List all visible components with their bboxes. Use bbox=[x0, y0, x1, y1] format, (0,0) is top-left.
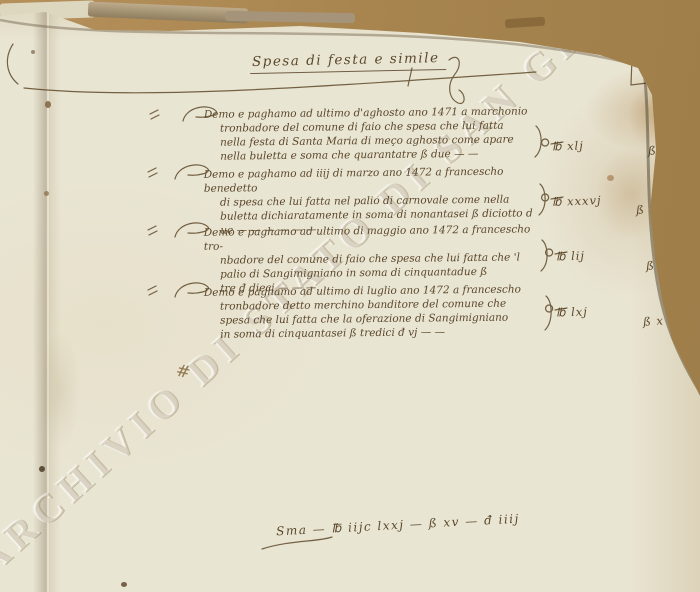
entry-line: nella buletta e soma che quarantatre ß d… bbox=[220, 146, 550, 163]
amount-lire: ℔ lij bbox=[556, 248, 585, 263]
ink-spot bbox=[121, 582, 127, 587]
summary-total-line: Sma — ℔ iijc lxxj — ß xv — đ iiij bbox=[276, 512, 520, 539]
heading-bracket-stroke bbox=[7, 44, 18, 84]
paper-stain bbox=[40, 330, 80, 450]
amount-lire: ℔ xxxvj bbox=[552, 193, 602, 209]
page-heading: Spesa di festa e simile bbox=[250, 50, 446, 74]
entry-line: in soma di cinquantasei ß tredici đ vj —… bbox=[220, 324, 550, 341]
entry-line: Demo e paghamo ad ultimo di maggio ano 1… bbox=[204, 222, 550, 254]
ledger-entry: Demo e paghamo ad ultimo di luglio ano 1… bbox=[204, 282, 551, 342]
amount-lire: ℔ lxj bbox=[556, 304, 588, 319]
summary-tail bbox=[262, 537, 332, 549]
amount-soldi: ß x đ vj bbox=[643, 311, 694, 328]
sewing-hole bbox=[45, 101, 51, 108]
ink-spot bbox=[39, 466, 45, 472]
entry-line: Demo e paghamo ad iiij di marzo ano 1472… bbox=[204, 164, 550, 196]
margin-tick bbox=[148, 226, 157, 235]
amount-lire: ℔ xlj bbox=[552, 138, 584, 153]
amount-soldi: ß iij bbox=[648, 142, 676, 157]
paper-stain bbox=[628, 84, 682, 148]
heading-underline-curve bbox=[24, 72, 536, 93]
manuscript-page: ARCHIVIO DI STATO DI SAN GIMIGNANO Spesa… bbox=[0, 0, 700, 592]
margin-tick bbox=[148, 168, 157, 177]
photo-background: ARCHIVIO DI STATO DI SAN GIMIGNANO Spesa… bbox=[0, 0, 700, 592]
folio-bracket bbox=[631, 58, 697, 85]
ledger-entry: Demo e paghamo ad ultimo d'aghosto ano 1… bbox=[204, 104, 551, 164]
ink-spot bbox=[31, 50, 35, 54]
margin-tick bbox=[148, 286, 157, 295]
sewing-hole bbox=[44, 191, 49, 196]
rust-spot bbox=[607, 175, 614, 181]
folio-number: 48 bbox=[641, 52, 662, 67]
margin-tick bbox=[150, 110, 159, 119]
paper-stain bbox=[596, 148, 668, 240]
heading-flourish bbox=[449, 57, 464, 103]
amount-soldi: ß vij đ x bbox=[646, 255, 700, 273]
amount-soldi: ß xij đ ij bbox=[636, 199, 694, 217]
binding-scrap bbox=[505, 17, 546, 29]
